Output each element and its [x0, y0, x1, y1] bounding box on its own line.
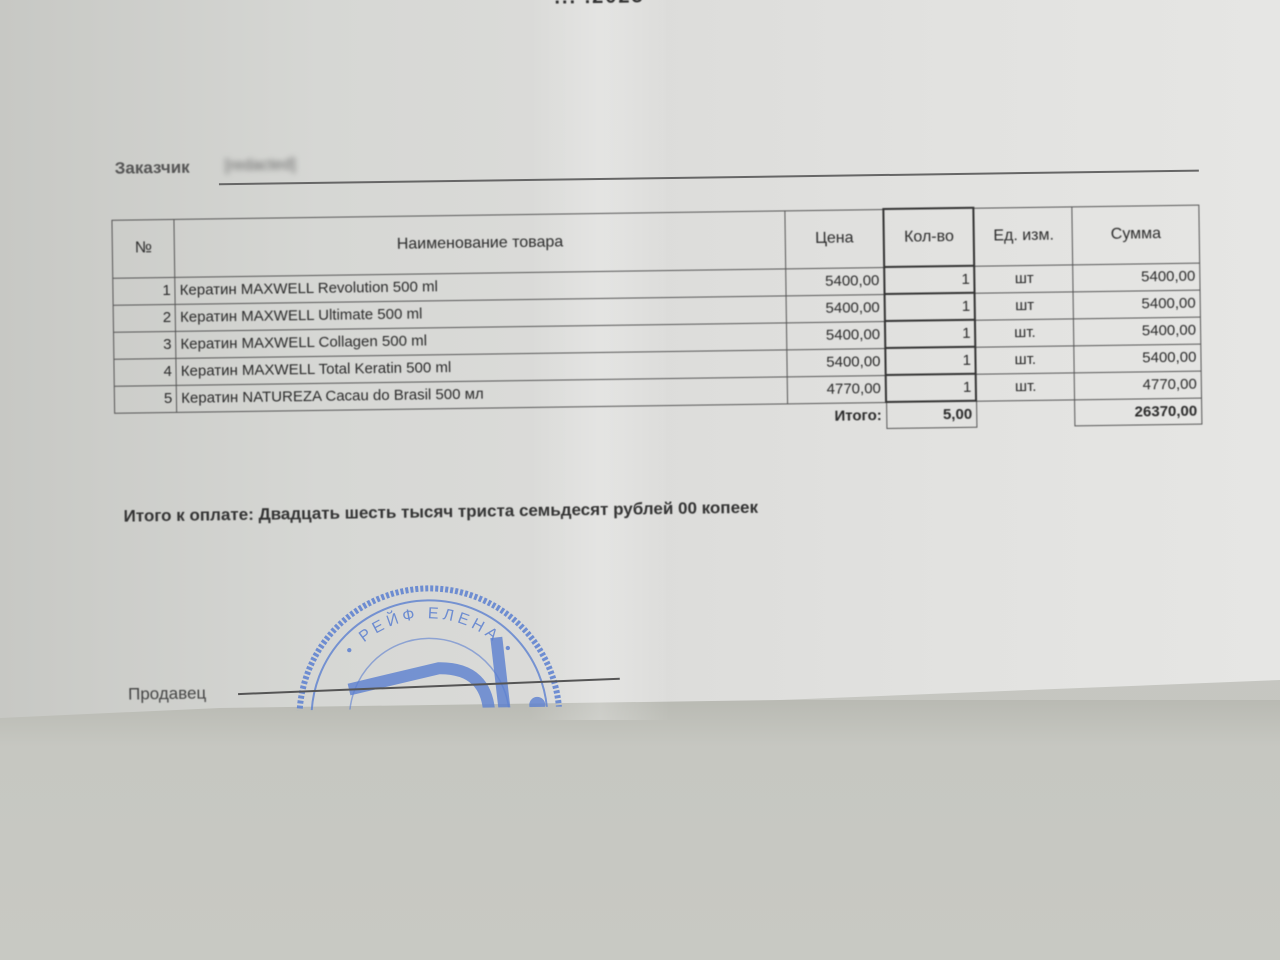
row-qty: 1	[884, 266, 975, 294]
header-fragment: ... .2023	[554, 0, 894, 7]
row-number: 1	[113, 277, 176, 305]
row-unit: шт	[975, 264, 1074, 292]
invoice-table: № Наименование товара Цена Кол-во Ед. из…	[111, 204, 1202, 440]
row-qty: 1	[886, 374, 977, 402]
customer-label: Заказчик	[115, 158, 190, 179]
row-unit: шт.	[976, 372, 1075, 400]
col-header-price: Цена	[785, 209, 884, 268]
row-sum: 5400,00	[1073, 263, 1200, 292]
row-sum: 5400,00	[1074, 317, 1201, 346]
row-sum: 5400,00	[1073, 290, 1200, 319]
totals-qty: 5,00	[886, 401, 977, 429]
row-unit: шт.	[976, 345, 1075, 373]
totals-spacer	[976, 399, 1075, 427]
seller-label: Продавец	[128, 684, 206, 705]
totals-label: Итого:	[788, 402, 887, 430]
col-header-sum: Сумма	[1072, 205, 1199, 265]
customer-value-redacted: [redacted]	[225, 153, 555, 180]
row-unit: шт.	[975, 318, 1074, 346]
row-number: 2	[113, 304, 176, 332]
amount-in-words: Итого к оплате: Двадцать шесть тысяч три…	[123, 498, 758, 527]
col-header-number: №	[112, 219, 175, 278]
row-sum: 5400,00	[1074, 344, 1201, 373]
totals-spacer	[115, 412, 178, 439]
row-price: 5400,00	[786, 294, 885, 322]
svg-text:• РЕЙФ ЕЛЕНА •: • РЕЙФ ЕЛЕНА •	[341, 604, 518, 662]
row-qty: 1	[885, 347, 976, 375]
col-header-unit: Ед. изм.	[974, 206, 1073, 265]
row-number: 5	[114, 385, 177, 413]
row-qty: 1	[885, 320, 976, 348]
row-number: 4	[114, 358, 177, 386]
row-price: 5400,00	[787, 321, 886, 349]
row-price: 5400,00	[787, 348, 886, 376]
col-header-name: Наименование товара	[174, 210, 786, 277]
row-number: 3	[114, 331, 177, 359]
row-unit: шт	[975, 291, 1074, 319]
col-header-qty: Кол-во	[883, 208, 974, 267]
totals-sum: 26370,00	[1075, 398, 1202, 426]
row-qty: 1	[885, 293, 976, 321]
invoice-document: ... .2023 Заказчик [redacted] № Наименов…	[0, 0, 1280, 728]
row-sum: 4770,00	[1075, 371, 1202, 400]
background-paper	[0, 700, 1280, 960]
row-price: 4770,00	[787, 375, 886, 403]
row-price: 5400,00	[786, 267, 885, 295]
